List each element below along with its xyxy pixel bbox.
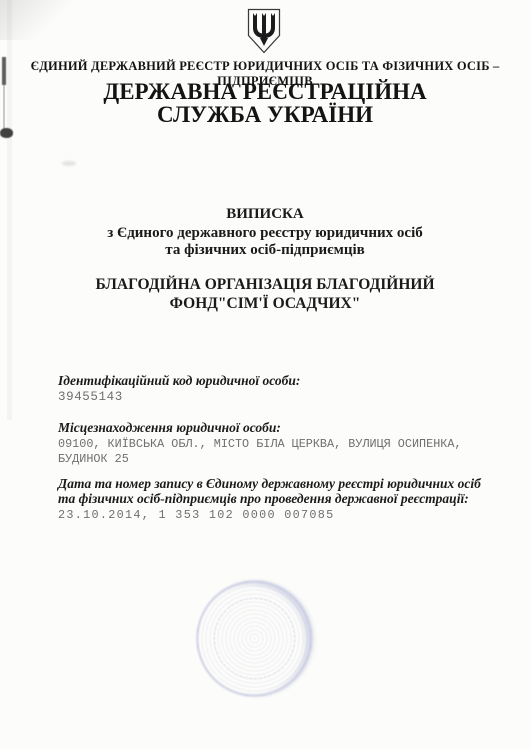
field-legal-address: Місцезнаходження юридичної особи: 09100,… (58, 420, 491, 466)
extract-subtitle: з Єдиного державного реєстру юридичних о… (0, 225, 530, 259)
scan-smudge (0, 128, 13, 138)
field-value: 39455143 (58, 390, 491, 405)
authority-title-line2: СЛУЖБА УКРАЇНИ (0, 103, 530, 126)
document-page: ЄДИНИЙ ДЕРЖАВНИЙ РЕЄСТР ЮРИДИЧНИХ ОСІБ Т… (0, 0, 530, 750)
organization-name: БЛАГОДІЙНА ОРГАНІЗАЦІЯ БЛАГОДІЙНИЙ ФОНД"… (0, 275, 530, 313)
authority-title: ДЕРЖАВНА РЕЄСТРАЦІЙНА СЛУЖБА УКРАЇНИ (0, 80, 530, 126)
official-stamp-icon (196, 580, 313, 697)
scan-smudge-small (62, 161, 76, 166)
extract-subtitle-line1: з Єдиного державного реєстру юридичних о… (0, 225, 530, 242)
field-value: 23.10.2014, 1 353 102 0000 007085 (58, 508, 491, 523)
official-stamp-inner-ring (214, 598, 295, 679)
scan-corner-shade (0, 0, 90, 40)
field-value: 09100, КИЇВСЬКА ОБЛ., МІСТО БІЛА ЦЕРКВА,… (58, 437, 491, 466)
field-label: Місцезнаходження юридичної особи: (58, 420, 491, 435)
extract-subtitle-line2: та фізичних осіб-підприємців (0, 242, 530, 259)
field-registration-record: Дата та номер запису в Єдиному державном… (58, 476, 491, 523)
field-identification-code: Ідентифікаційний код юридичної особи: 39… (58, 373, 491, 405)
field-label: Дата та номер запису в Єдиному державном… (58, 476, 491, 506)
extract-title: ВИПИСКА (0, 206, 530, 223)
authority-title-line1: ДЕРЖАВНА РЕЄСТРАЦІЙНА (0, 80, 530, 103)
organization-name-line2: ФОНД"СІМ'Ї ОСАДЧИХ" (0, 294, 530, 313)
field-label: Ідентифікаційний код юридичної особи: (58, 373, 491, 388)
trident-coat-of-arms-icon (245, 8, 283, 54)
organization-name-line1: БЛАГОДІЙНА ОРГАНІЗАЦІЯ БЛАГОДІЙНИЙ (0, 275, 530, 294)
